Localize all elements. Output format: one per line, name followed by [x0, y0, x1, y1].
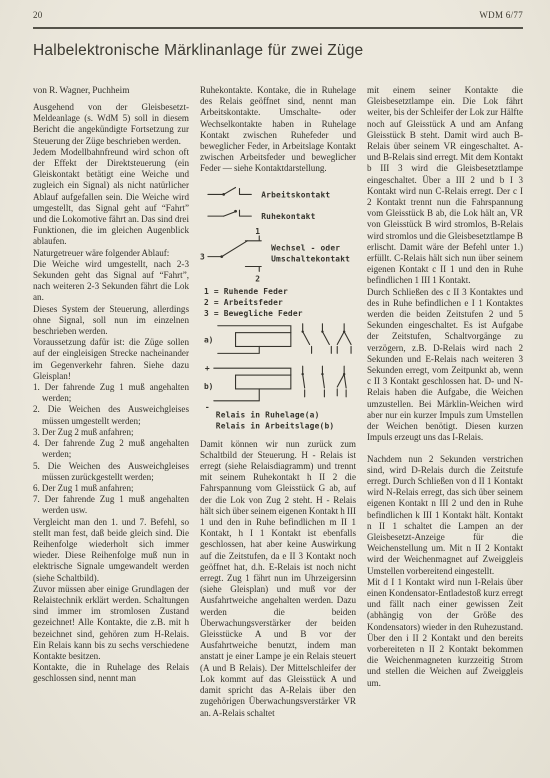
relay-b-label: b)	[204, 382, 213, 391]
paragraph: Mit d I 1 Kontakt wird nun I-Relais über…	[367, 577, 523, 689]
paragraph: Jedem Modellbahnfreund wird schon oft de…	[33, 147, 189, 248]
paragraph: Ruhekontakte. Kontake, die in Ruhelage d…	[200, 85, 356, 175]
paragraph: Ausgehend von der Gleisbesetzt-Meldeanla…	[33, 102, 189, 147]
page-number: 20	[33, 10, 43, 20]
list-item: 6. Der Zug 1 muß anfahren;	[33, 483, 189, 494]
legend-line-3: 3 = Bewegliche Feder	[204, 307, 303, 317]
relay-a-label: a)	[204, 335, 213, 344]
column-middle: Ruhekontakte. Kontake, die in Ruhelage d…	[200, 85, 356, 773]
paragraph: Nachdem nun 2 Sekunden verstrichen sind,…	[367, 454, 523, 577]
list-item: 3. Der Zug 2 muß anfahren;	[33, 427, 189, 438]
relay-b-diagram: + b) -	[204, 364, 346, 412]
right-paragraphs-a: mit einem seiner Kontakte die Gleisbeset…	[367, 85, 523, 444]
header-rule	[33, 27, 523, 29]
right-paragraphs-b: Nachdem nun 2 Sekunden verstrichen sind,…	[367, 454, 523, 689]
magazine-page: 20 WDM 6/77 Halbelektronische Märklinanl…	[0, 0, 550, 778]
paragraph: Damit können wir nun zurück zum Schaltbi…	[200, 439, 356, 719]
article-columns: von R. Wagner, Puchheim Ausgehend von de…	[33, 85, 523, 773]
relay-contact-diagram: Arbeitskontakt Ruhekontakt 1 3	[200, 179, 356, 431]
paragraph: Naturgetreuer wäre folgender Ablauf:	[33, 248, 189, 259]
plus-terminal: +	[205, 364, 210, 373]
relay-a-diagram: a)	[204, 323, 351, 353]
paragraph: Vergleicht man den 1. und 7. Befehl, so …	[33, 517, 189, 584]
list-item: 2. Die Weichen des Ausweichgleises müsse…	[33, 404, 189, 426]
wechselkontakt-label-line1: Wechsel - oder	[271, 243, 340, 252]
minus-terminal: -	[205, 402, 210, 411]
page-header: 20 WDM 6/77	[33, 10, 523, 20]
paragraph: Die Weiche wird umgestellt, nach 2-3 Sek…	[33, 259, 189, 304]
spring-number-3: 3	[200, 252, 205, 261]
caption-line-2: Relais in Arbeitslage(b)	[216, 420, 335, 430]
column-right: mit einem seiner Kontakte die Gleisbeset…	[367, 85, 523, 773]
column-left: von R. Wagner, Puchheim Ausgehend von de…	[33, 85, 189, 773]
list-item: 7. Der fahrende Zug 1 muß angehalten wer…	[33, 494, 189, 516]
legend-line-2: 2 = Arbeitsfeder	[204, 297, 283, 307]
middle-bottom-paragraphs: Damit können wir nun zurück zum Schaltbi…	[200, 439, 356, 719]
wechselkontakt-symbol: 1 3 2 Wechsel - oder Umschaltekontakt	[200, 227, 350, 283]
wechselkontakt-label-line2: Umschaltekontakt	[271, 254, 350, 263]
ruhekontakt-label: Ruhekontakt	[261, 212, 315, 221]
diagram-caption: Relais in Ruhelage(a) Relais in Arbeitsl…	[216, 409, 335, 430]
paragraph: Dieses System der Steuerung, allerdings …	[33, 304, 189, 338]
arbeitskontakt-symbol: Arbeitskontakt	[208, 187, 331, 199]
journal-reference: WDM 6/77	[479, 10, 523, 20]
left-outro-paragraphs: Vergleicht man den 1. und 7. Befehl, so …	[33, 517, 189, 685]
left-intro-paragraphs: Ausgehend von der Gleisbesetzt-Meldeanla…	[33, 102, 189, 382]
middle-top-paragraphs: Ruhekontakte. Kontake, die in Ruhelage d…	[200, 85, 356, 175]
legend-line-1: 1 = Ruhende Feder	[204, 287, 288, 296]
paragraph-gap	[367, 444, 523, 454]
arbeitskontakt-label: Arbeitskontakt	[261, 189, 330, 199]
list-item: 5. Die Weichen des Ausweichgleises müsse…	[33, 461, 189, 483]
ruhekontakt-symbol: Ruhekontakt	[208, 209, 316, 220]
paragraph: Voraussetzung dafür ist: die Züge sollen…	[33, 337, 189, 382]
spring-number-2: 2	[255, 274, 260, 283]
list-item: 1. Der fahrende Zug 1 muß angehalten wer…	[33, 382, 189, 404]
caption-line-1: Relais in Ruhelage(a)	[216, 409, 320, 419]
paragraph: Durch Schließen des c II 3 Kontaktes und…	[367, 287, 523, 444]
article-title: Halbelektronische Märklinanlage für zwei…	[33, 42, 523, 60]
paragraph: mit einem seiner Kontakte die Gleisbeset…	[367, 85, 523, 287]
paragraph: Kontakte, die in Ruhelage des Relais ges…	[33, 662, 189, 684]
article-byline: von R. Wagner, Puchheim	[33, 85, 189, 97]
relay-b-contacts	[301, 366, 346, 397]
paragraph: Zuvor müssen aber einige Grundlagen der …	[33, 584, 189, 662]
list-item: 4. Der fahrende Zug 2 muß angehalten wer…	[33, 438, 189, 460]
spring-legend: 1 = Ruhende Feder 2 = Arbeitsfeder 3 = B…	[204, 287, 303, 318]
control-sequence-list: 1. Der fahrende Zug 1 muß angehalten wer…	[33, 382, 189, 516]
relay-a-contacts	[301, 323, 351, 353]
spring-number-1: 1	[255, 227, 260, 236]
